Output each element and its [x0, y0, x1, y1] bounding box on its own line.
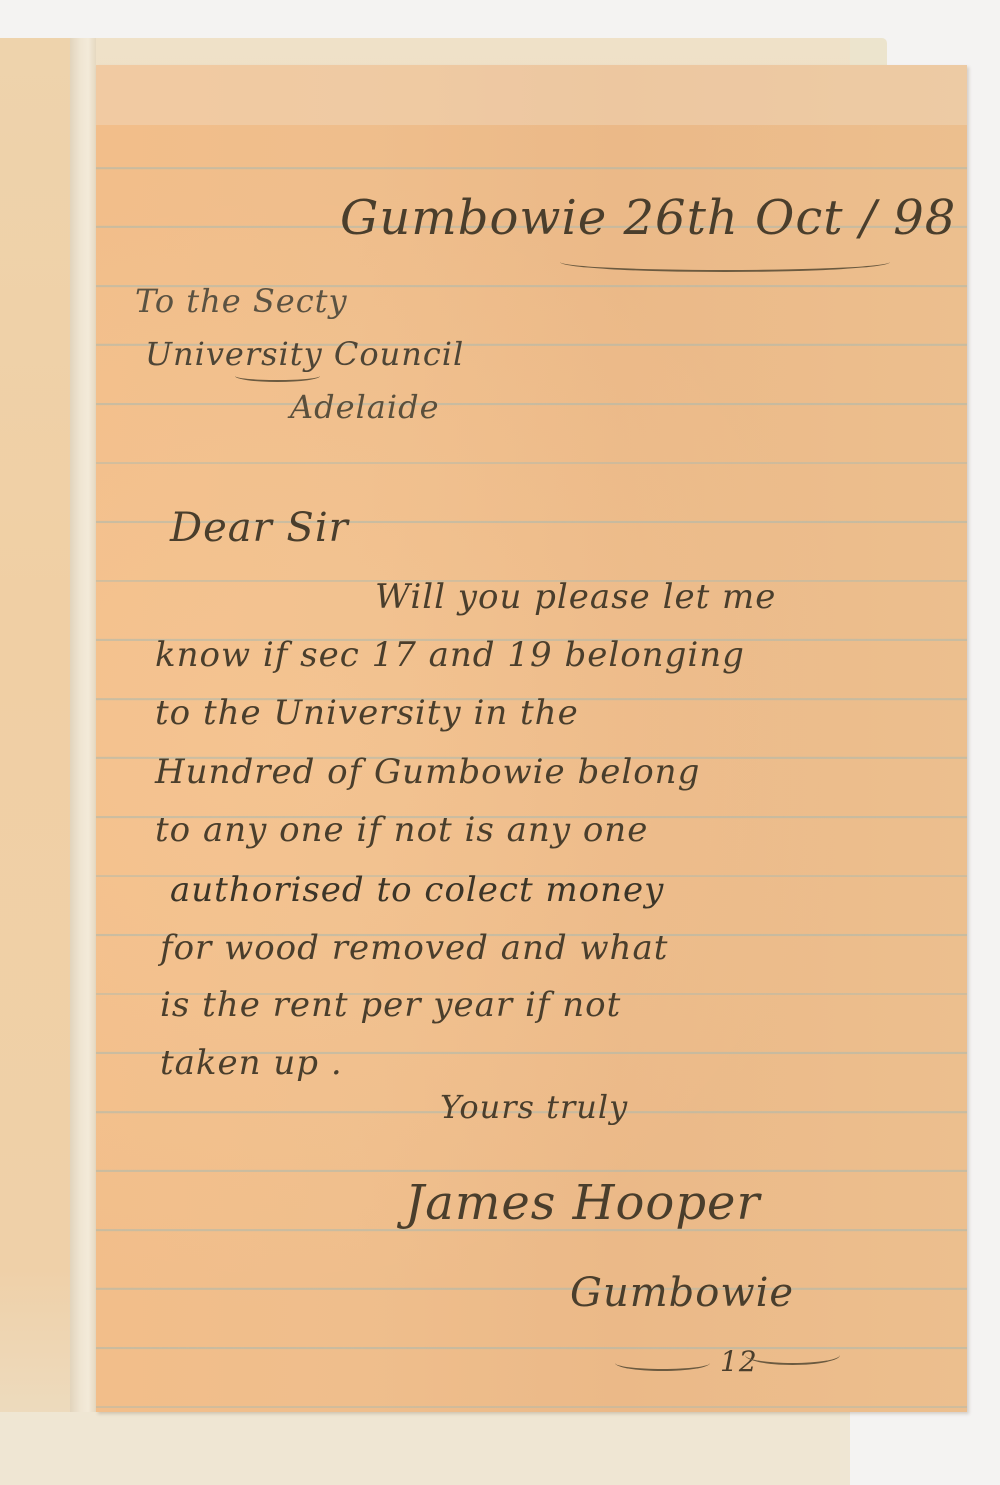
body-line: Hundred of Gumbowie belong [155, 752, 700, 792]
body-line: Will you please let me [375, 577, 776, 617]
salutation: Dear Sir [170, 505, 349, 551]
letter-date-heading: Gumbowie 26th Oct / 98 [340, 190, 956, 246]
fold-crease [70, 38, 96, 1485]
date-underline-flourish [560, 252, 890, 272]
folder-left-page [0, 38, 72, 1485]
signature-name: James Hooper [405, 1175, 760, 1231]
signature-flourish-left [615, 1355, 710, 1371]
folder-bottom-edge [0, 1412, 850, 1485]
address-underline-flourish [235, 370, 320, 382]
body-line: authorised to colect money [170, 870, 664, 910]
signature-flourish-right [745, 1345, 840, 1365]
folder-tab [850, 38, 887, 66]
body-line: to the University in the [155, 693, 579, 733]
body-line: taken up . [160, 1043, 343, 1083]
body-line: know if sec 17 and 19 belonging [155, 635, 745, 675]
heading-place: Gumbowie [340, 190, 607, 246]
body-line: to any one if not is any one [155, 810, 648, 850]
body-line: is the rent per year if not [160, 985, 621, 1025]
signature-place: Gumbowie [570, 1270, 794, 1316]
heading-date: 26th Oct / 98 [624, 190, 957, 246]
closing: Yours truly [440, 1088, 628, 1126]
recipient-line-2: University Council [145, 335, 464, 373]
body-line: for wood removed and what [160, 928, 668, 968]
recipient-line-3: Adelaide [290, 388, 440, 426]
recipient-line-1: To the Secty [135, 282, 348, 320]
